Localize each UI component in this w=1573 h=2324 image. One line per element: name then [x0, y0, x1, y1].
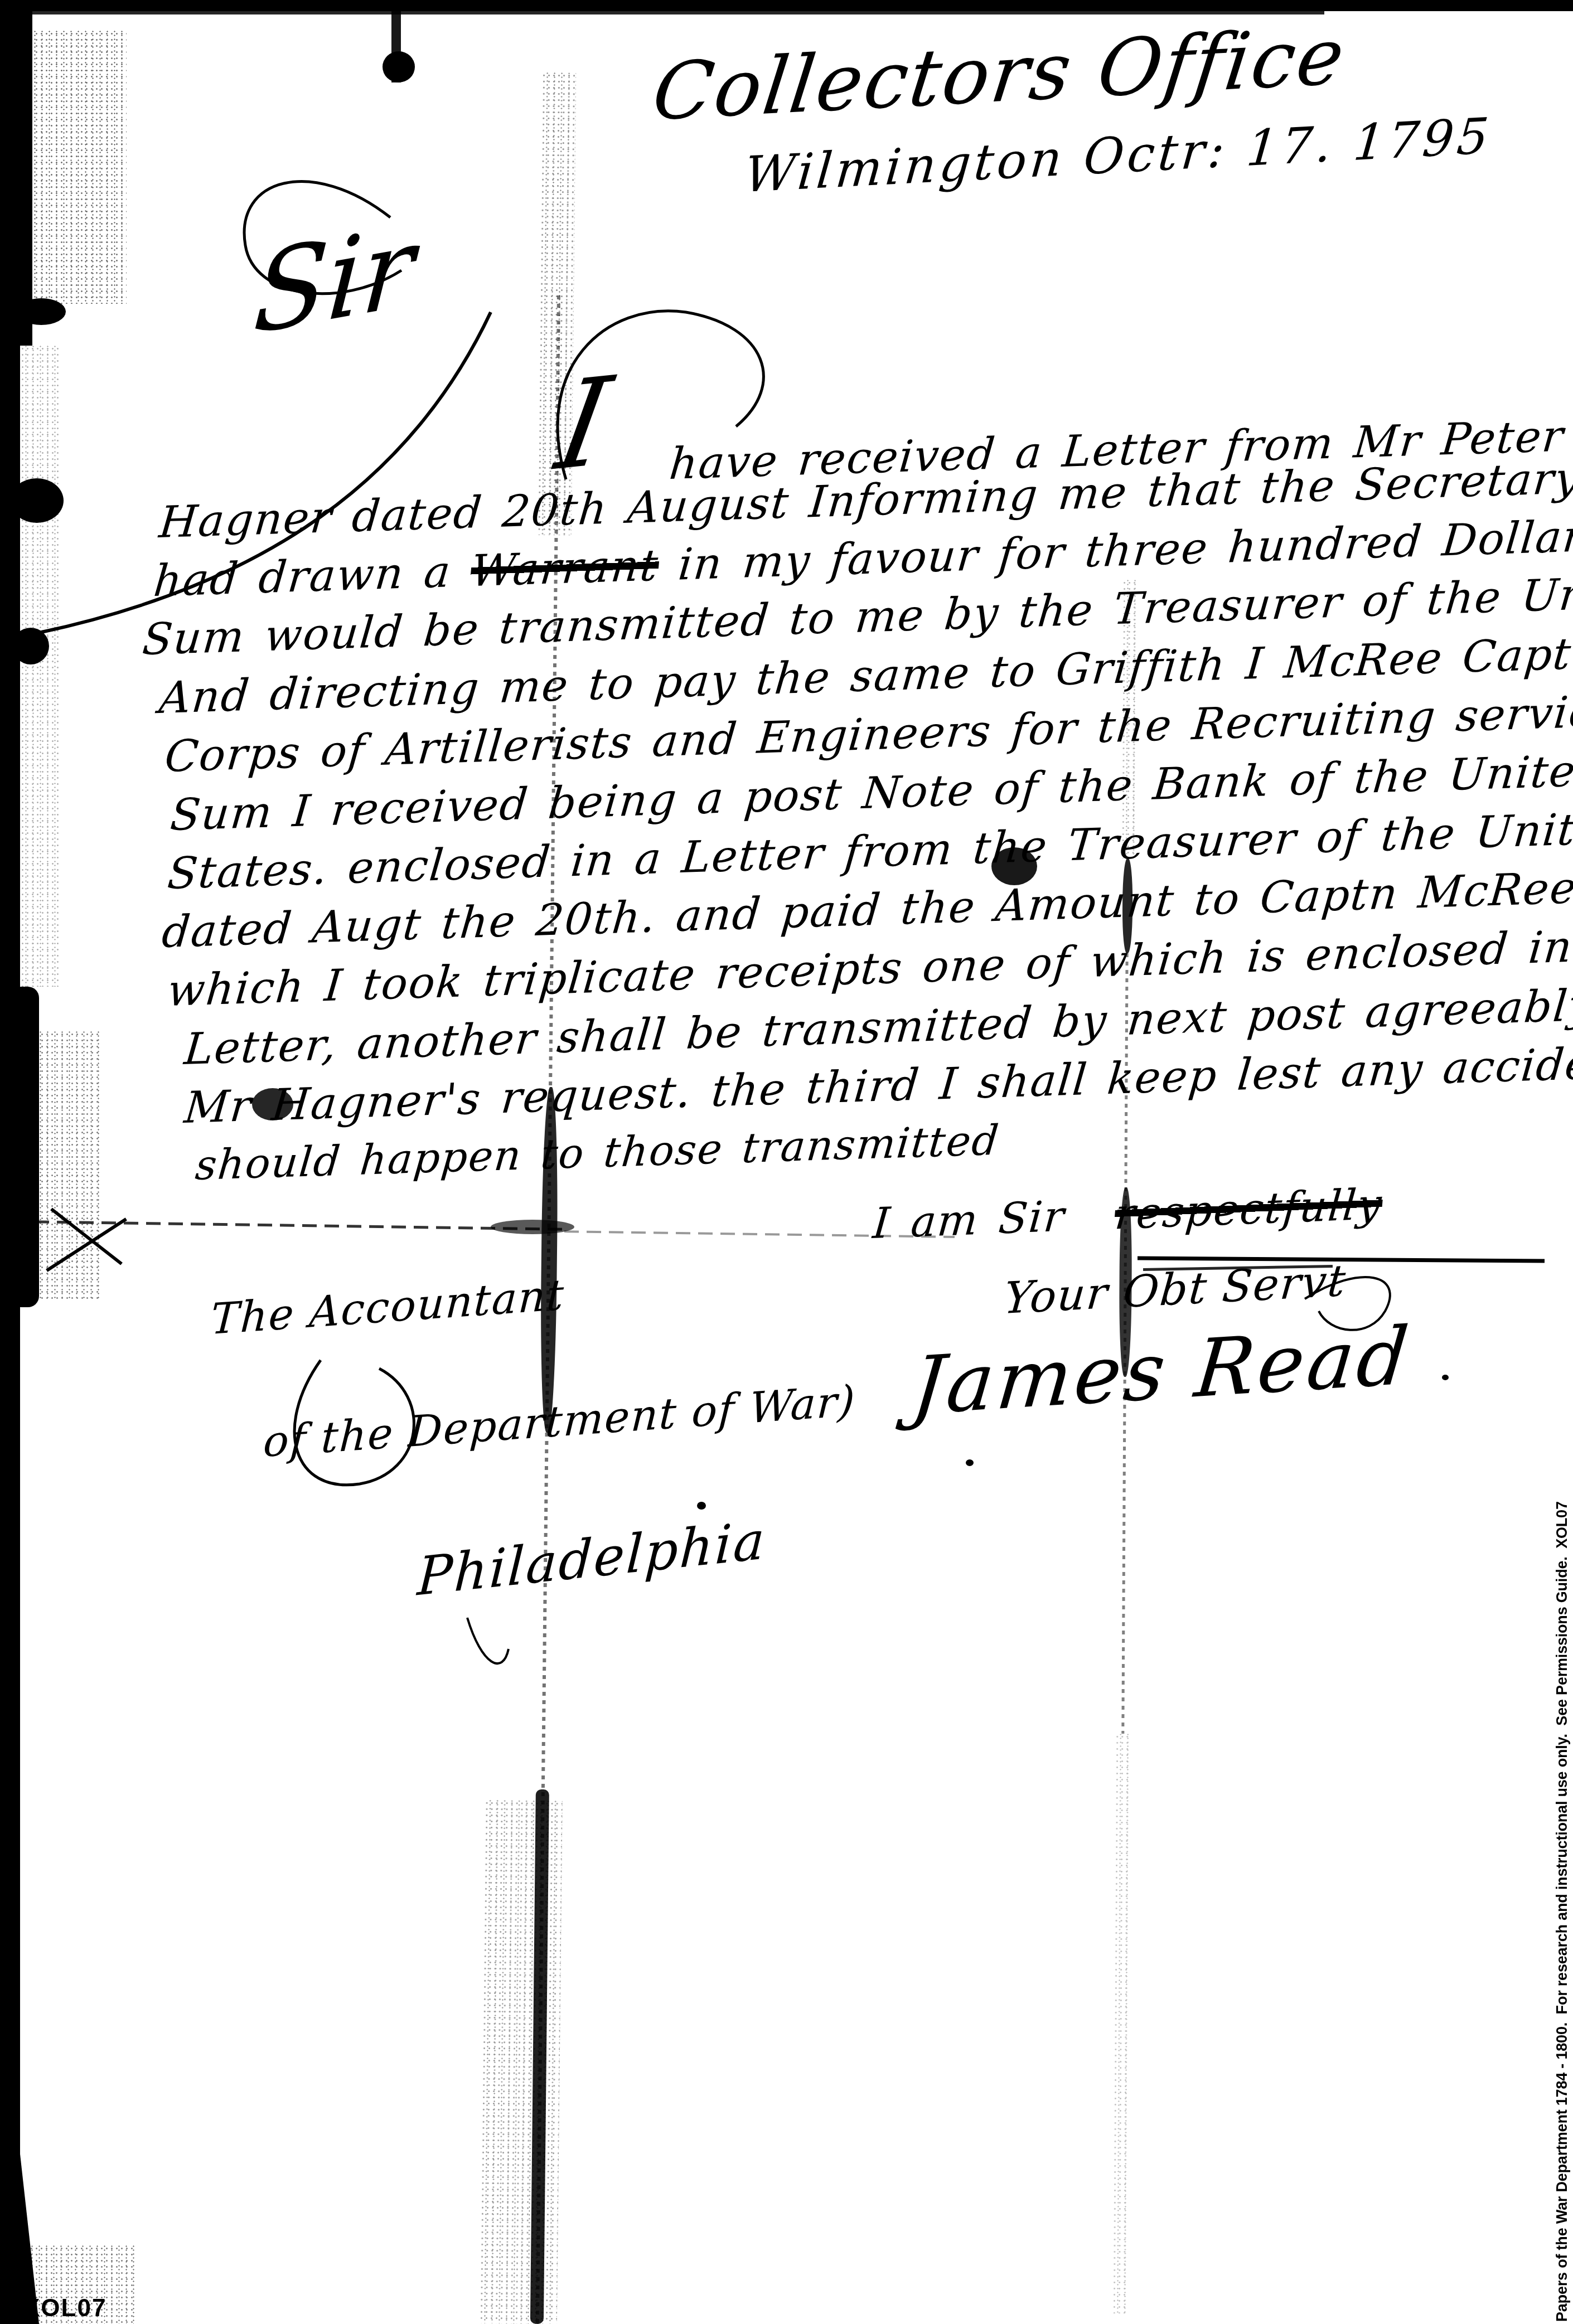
address-line-3: Philadelphia	[416, 1510, 768, 1608]
scan-artifact-top-edge-2	[14, 10, 1324, 14]
ink-spot-3	[1442, 1375, 1449, 1380]
valediction-line: Your Obt Servt	[1002, 1256, 1348, 1324]
scan-noise-left-mid	[20, 346, 59, 987]
ink-spot-1	[697, 1502, 706, 1510]
sheet-id-label: XOL07	[23, 2294, 107, 2322]
scan-artifact-left-edge-top	[0, 0, 32, 346]
archive-permissions-strip: Papers of the War Department 1784 - 1800…	[1553, 1501, 1571, 2322]
ink-blot-left-3	[12, 628, 49, 664]
address-line-1: The Accountant	[210, 1269, 566, 1344]
ink-blot-left-2	[10, 478, 64, 523]
ink-blot-left-1	[17, 298, 66, 325]
signature-james-read: James Read	[908, 1310, 1415, 1433]
closing-line: I am Sirrespectfully	[871, 1179, 1385, 1248]
fold-crease-smear	[491, 1220, 574, 1234]
crease2-speckle-low	[1112, 1734, 1130, 2313]
closing-pre: I am Sir	[871, 1191, 1067, 1249]
salutation-sir: Sir	[250, 201, 418, 360]
struck-word: Warrant	[469, 540, 661, 596]
ink-blot-top-streak	[383, 51, 415, 83]
crease1-bottom-cloud	[479, 1800, 563, 2324]
ink-spot-2	[966, 1459, 974, 1466]
scan-noise-left-top	[29, 31, 127, 304]
scanned-letter-page: Collectors Office Wilmington Octr: 17. 1…	[0, 0, 1573, 2324]
closing-struck-word: respectfully	[1113, 1179, 1385, 1239]
scan-artifact-top-edge	[0, 0, 1573, 11]
